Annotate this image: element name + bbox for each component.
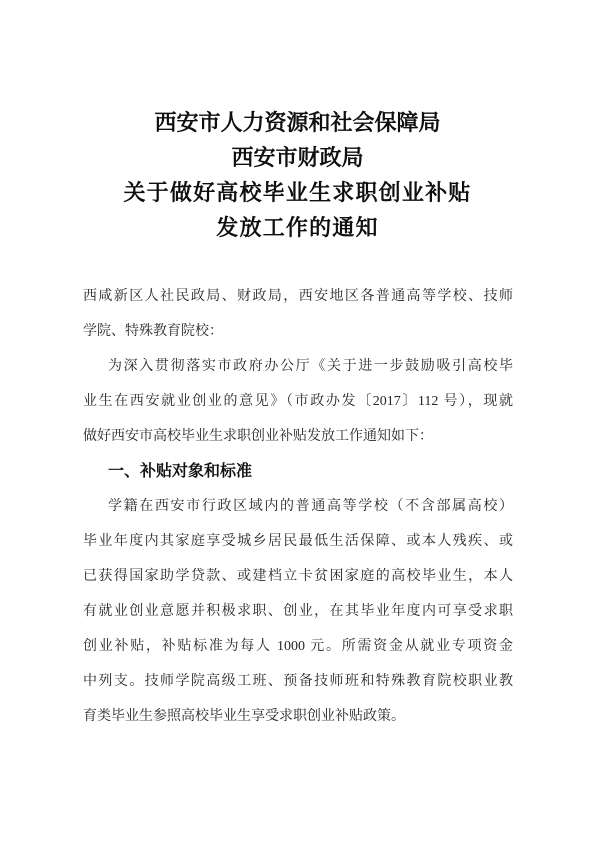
body-line: 中列支。技师学院高级工班、预备技师班和特殊教育院校职业教	[83, 664, 513, 699]
document-body: 西咸新区人社民政局、财政局，西安地区各普通高等学校、技师 学院、特殊教育院校： …	[83, 279, 513, 734]
body-line: 育类毕业生参照高校毕业生享受求职创业补贴政策。	[83, 699, 513, 734]
body-line: 学籍在西安市行政区域内的普通高等学校（不含部属高校）	[83, 489, 513, 524]
salutation-line: 西咸新区人社民政局、财政局，西安地区各普通高等学校、技师	[83, 279, 513, 314]
salutation-line: 学院、特殊教育院校：	[83, 314, 513, 349]
document-title: 西安市人力资源和社会保障局 西安市财政局 关于做好高校毕业生求职创业补贴 发放工…	[0, 105, 595, 245]
title-line: 西安市人力资源和社会保障局	[0, 105, 595, 140]
title-line: 西安市财政局	[0, 140, 595, 175]
body-line: 有就业创业意愿并积极求职、创业，在其毕业年度内可享受求职	[83, 594, 513, 629]
body-line: 业生在西安就业创业的意见》（市政办发〔2017〕112 号），现就	[83, 384, 513, 419]
body-line: 已获得国家助学贷款、或建档立卡贫困家庭的高校毕业生，本人	[83, 559, 513, 594]
body-line: 创业补贴，补贴标准为每人 1000 元。所需资金从就业专项资金	[83, 629, 513, 664]
body-line: 做好西安市高校毕业生求职创业补贴发放工作通知如下：	[83, 419, 513, 454]
body-line: 毕业年度内其家庭享受城乡居民最低生活保障、或本人残疾、或	[83, 524, 513, 559]
body-line: 为深入贯彻落实市政府办公厅《关于进一步鼓励吸引高校毕	[83, 349, 513, 384]
title-line: 关于做好高校毕业生求职创业补贴	[0, 175, 595, 210]
document-page: 西安市人力资源和社会保障局 西安市财政局 关于做好高校毕业生求职创业补贴 发放工…	[0, 0, 595, 841]
section-heading: 一、补贴对象和标准	[83, 454, 513, 489]
title-line: 发放工作的通知	[0, 210, 595, 245]
